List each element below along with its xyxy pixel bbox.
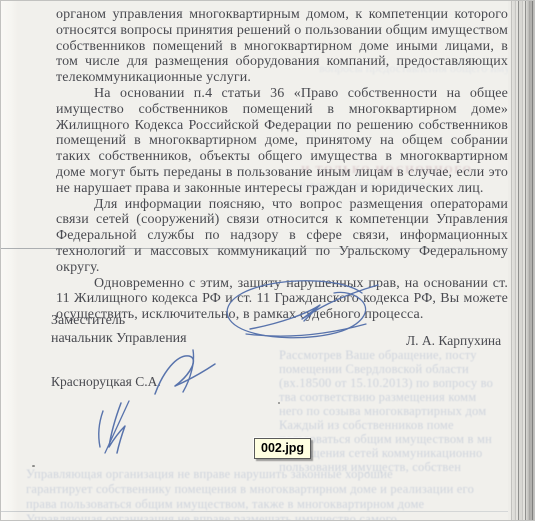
scan-edge-stripes — [508, 1, 534, 520]
signer-name: Л. А. Карпухина — [406, 333, 501, 349]
karpukhina-signature — [216, 277, 381, 347]
bleedthrough-line: (вх.18500 от 15.10.2013) по вопросу во — [279, 376, 510, 390]
bleedthrough-text-block: Рассмотрев Ваше обращение, посту помещен… — [279, 348, 510, 474]
scanned-letter-page: вопросы предоставления общего имущества … — [0, 0, 535, 521]
page-fold-crease — [1, 511, 534, 512]
bleedthrough-line: гарантирует собственнику помещения в мно… — [26, 482, 510, 497]
bleedthrough-line: Управляющая организация не вправе размещ… — [26, 512, 510, 521]
scan-speck — [32, 465, 35, 467]
bleedthrough-text-block: Управляющая организация не вправе наруши… — [26, 467, 510, 521]
bleedthrough-line: размещения сетей коммуникационно — [279, 446, 510, 460]
approval-mark — [93, 399, 137, 455]
signer-role-line: Заместитель — [51, 312, 187, 330]
bleedthrough-line: права пользоваться общим имуществом, так… — [26, 497, 510, 512]
page-fold-crease — [1, 248, 534, 249]
executor-paraph — [151, 348, 219, 400]
scan-speck — [278, 402, 280, 404]
paragraph: Для информации поясняю, что вопрос разме… — [56, 197, 508, 276]
bleedthrough-line: помещении Свердловской области — [279, 362, 510, 376]
executor-name: Красноруцкая С.А. — [51, 374, 161, 390]
page-left-edge — [1, 1, 18, 520]
signer-role-line: начальник Управления — [51, 330, 187, 348]
signer-role: Заместитель начальник Управления — [51, 312, 187, 347]
bleedthrough-line: пользоваться общим имуществом в мн — [279, 432, 510, 446]
letter-body: органом управления многоквартирным домом… — [56, 7, 508, 323]
bleedthrough-line: Рассмотрев Ваше обращение, посту — [279, 348, 510, 362]
bleedthrough-line: Управляющая организация не вправе наруши… — [26, 467, 510, 482]
paragraph-continuation: органом управления многоквартирным домом… — [56, 7, 508, 86]
bleedthrough-line: Каждый из собственников поме — [279, 418, 510, 432]
filename-tooltip: 002.jpg — [254, 438, 311, 459]
paragraph: На основании п.4 статьи 36 «Право собств… — [56, 86, 508, 197]
bleedthrough-line: него по созыва многоквартирных дом — [279, 404, 510, 418]
bleedthrough-line: тва соответствию размещения комм — [279, 390, 510, 404]
